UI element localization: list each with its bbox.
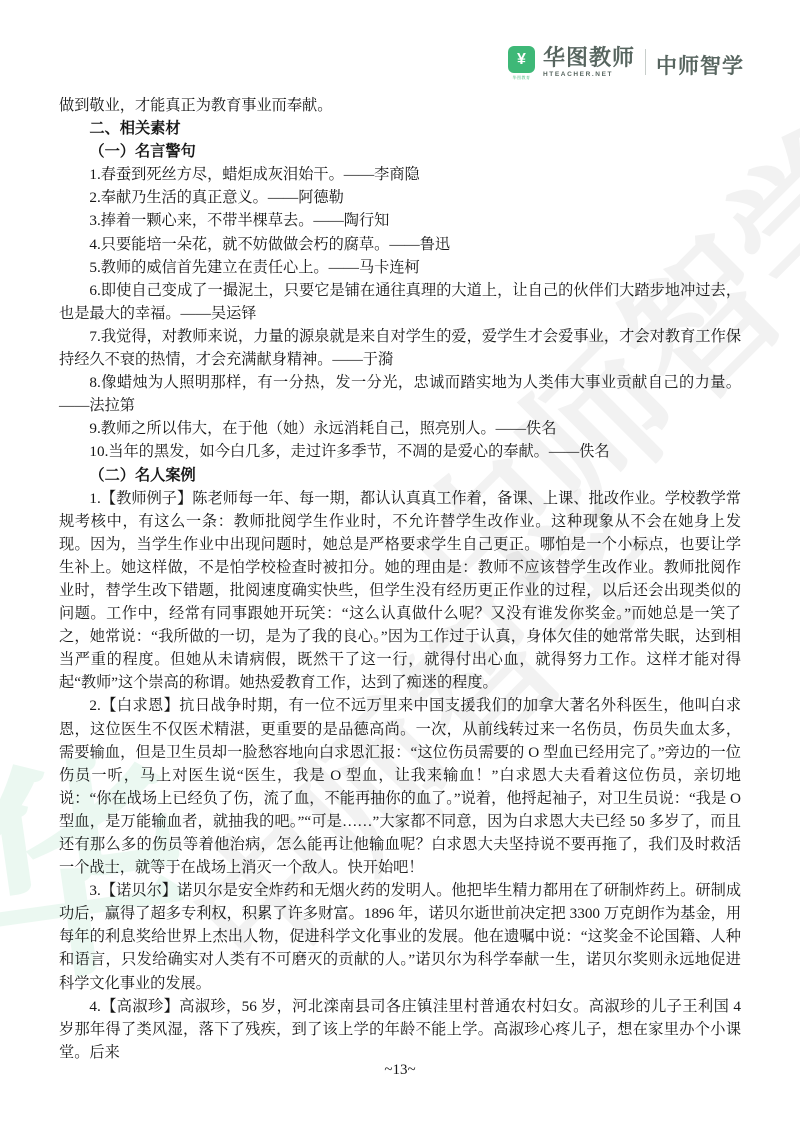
document-body: 做到敬业，才能真正为教育事业而奉献。 二、相关素材 （一）名言警句 1.春蚕到死… xyxy=(59,94,741,1064)
logo-icon-caption: 华图教育 xyxy=(512,75,530,81)
brand-name-left: 华图教师 xyxy=(543,46,635,70)
huatu-logo-icon: ¥ xyxy=(508,46,535,73)
quote-item: 6.即使自己变成了一撮泥土，只要它是铺在通往真理的大道上，让自己的伙伴们大踏步地… xyxy=(59,279,741,325)
intro-paragraph: 做到敬业，才能真正为教育事业而奉献。 xyxy=(59,94,741,117)
quote-item: 7.我觉得，对教师来说，力量的源泉就是来自对学生的爱，爱学生才会爱事业，才会对教… xyxy=(59,325,741,371)
quote-item: 4.只要能培一朵花，就不妨做做会朽的腐草。——鲁迅 xyxy=(59,233,741,256)
subsection-heading-cases: （二）名人案例 xyxy=(59,464,741,487)
quote-item: 10.当年的黑发，如今白几多，走过许多季节，不凋的是爱心的奉献。——佚名 xyxy=(59,440,741,463)
quote-item: 8.像蜡烛为人照明那样，有一分热，发一分光，忠诚而踏实地为人类伟大事业贡献自己的… xyxy=(59,371,741,417)
quote-item: 9.教师之所以伟大，在于他（她）永远消耗自己，照亮别人。——佚名 xyxy=(59,417,741,440)
brand-name-right: 中师智学 xyxy=(656,50,744,80)
brand-name-left-block: 华图教师 HTEACHER.NET xyxy=(543,46,635,78)
quote-item: 5.教师的威信首先建立在责任心上。——马卡连柯 xyxy=(59,256,741,279)
case-paragraph: 2.【白求恩】抗日战争时期，有一位不远万里来中国支援我们的加拿大著名外科医生，他… xyxy=(59,694,741,879)
document-page: 中师智学 中师智学 华 ¥ 华图教育 华图教师 HTEACHER.NET 中师智… xyxy=(0,0,800,1132)
page-number: ~13~ xyxy=(0,1062,800,1079)
brand-logo: ¥ 华图教育 华图教师 HTEACHER.NET 中师智学 xyxy=(508,46,744,81)
section-heading: 二、相关素材 xyxy=(59,117,741,140)
case-paragraph: 1.【教师例子】陈老师每一年、每一期，都认认真真工作着，备课、上课、批改作业。学… xyxy=(59,487,741,695)
brand-logo-mark: ¥ 华图教育 xyxy=(508,46,535,81)
subsection-heading-quotes: （一）名言警句 xyxy=(59,140,741,163)
logo-divider xyxy=(645,49,646,75)
quote-item: 2.奉献乃生活的真正意义。——阿德勒 xyxy=(59,186,741,209)
brand-domain: HTEACHER.NET xyxy=(543,71,613,78)
case-paragraph: 4.【高淑珍】高淑珍，56 岁，河北滦南县司各庄镇洼里村普通农村妇女。高淑珍的儿… xyxy=(59,995,741,1064)
case-paragraph: 3.【诺贝尔】诺贝尔是安全炸药和无烟火药的发明人。他把毕生精力都用在了研制炸药上… xyxy=(59,879,741,994)
quote-item: 1.春蚕到死丝方尽，蜡炬成灰泪始干。——李商隐 xyxy=(59,163,741,186)
quote-item: 3.捧着一颗心来，不带半棵草去。——陶行知 xyxy=(59,209,741,232)
